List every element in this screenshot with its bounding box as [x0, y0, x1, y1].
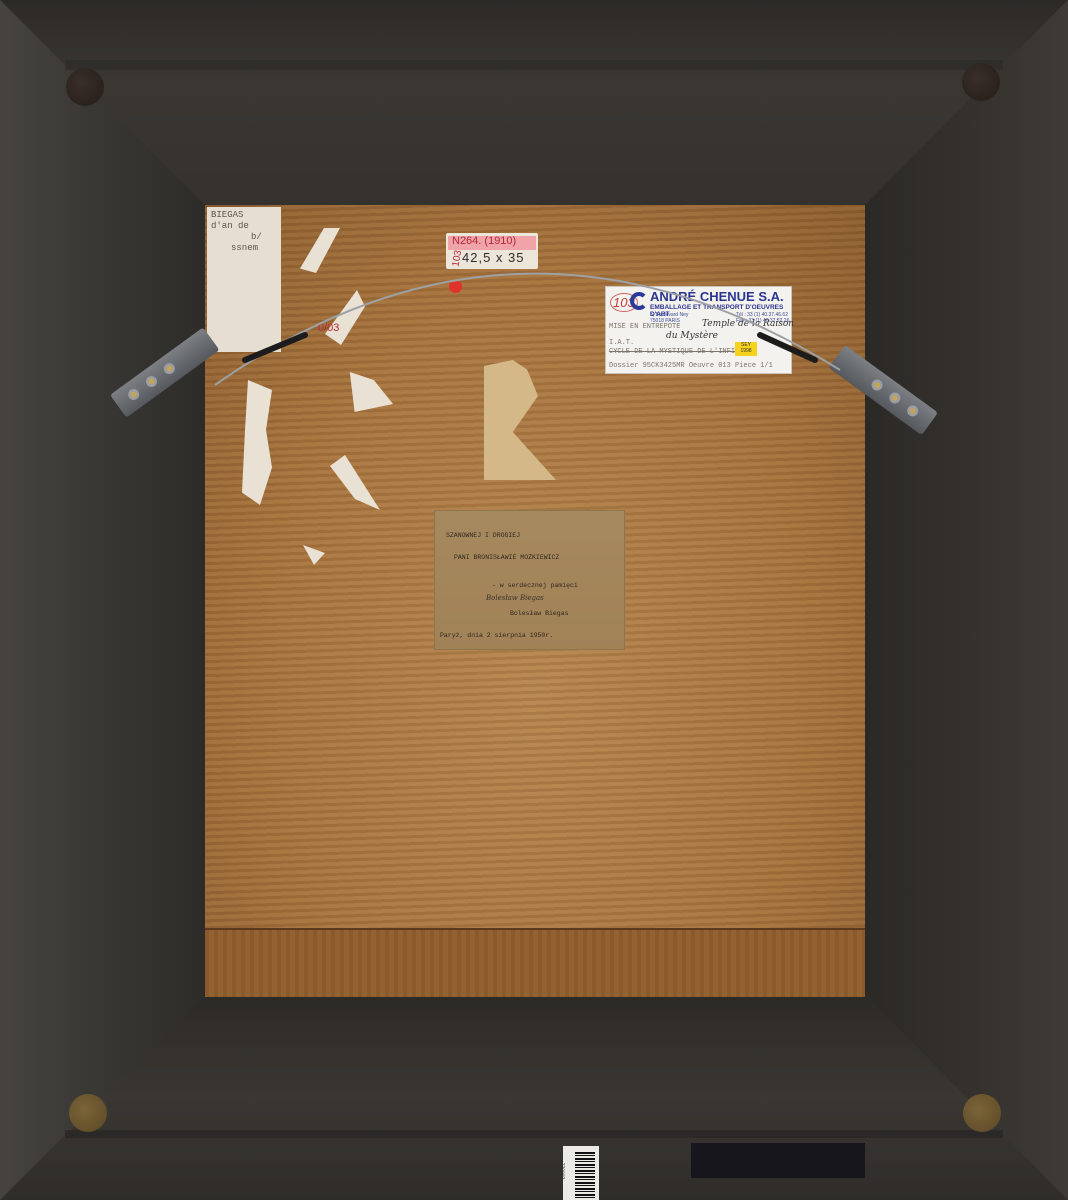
screw-icon: [887, 390, 902, 405]
frame-top-edge: [65, 60, 1003, 70]
screw-icon: [162, 361, 177, 376]
yellow-sticker: SEY 1998: [735, 342, 757, 356]
dedication-line-3: - w serdecznej pamięci: [492, 582, 578, 589]
barcode-number: 200822: [560, 1163, 566, 1180]
velcro-strip: [691, 1143, 865, 1178]
field-storage: MISE EN ENTREPOTE: [609, 323, 680, 331]
field-cycle: CYCLE DE LA MYSTIQUE DE L'INFINI: [609, 348, 743, 356]
frame-bottom-edge: [65, 1130, 1003, 1138]
dedication-line-2: PANI BRONISŁAWIE MOŻKIEWICZ: [454, 554, 559, 561]
barcode-icon: [575, 1152, 595, 1198]
brand-name: ANDRÉ CHENUE S.A.: [650, 289, 784, 304]
label-text: BIEGAS: [211, 210, 277, 221]
field-iat: I.A.T.: [609, 339, 634, 347]
screw-icon: [869, 377, 884, 392]
felt-pad-bottom-left: [69, 1094, 107, 1132]
felt-pad-bottom-right: [963, 1094, 1001, 1132]
handwritten-number: 0/03: [318, 322, 339, 334]
biegas-label: BIEGAS d'an de b/ ssnem: [207, 207, 281, 352]
dimensions-text: 42,5 x 35: [462, 250, 525, 265]
catalog-number: N264. (1910): [452, 235, 516, 247]
red-dot-sticker: [449, 280, 462, 293]
label-text: ssnem: [211, 243, 277, 254]
panel-bottom-strip: [205, 928, 865, 997]
felt-pad-top-right: [962, 63, 1000, 101]
sticker-text: 1998: [735, 348, 757, 354]
screw-icon: [905, 403, 920, 418]
handwritten-subtitle: du Mystère: [666, 331, 718, 341]
typed-name: Bolesław Biegas: [510, 610, 569, 617]
place-date: Paryż, dnia 2 sierpnia 1950r.: [440, 632, 553, 639]
dedication-line-1: SZANOWNEJ I DROGIEJ: [446, 532, 520, 539]
dossier-row: Dossier 95CK3425MR Oeuvre 013 Piece 1/1: [609, 362, 773, 370]
handwritten-title: Temple de la Raison: [702, 319, 794, 329]
label-text: b/: [211, 232, 277, 243]
dedication-card: SZANOWNEJ I DROGIEJ PANI BRONISŁAWIE MOŻ…: [434, 510, 625, 650]
signature: Bolesław Biegas: [486, 594, 544, 602]
dimensions-label: N264. (1910) 42,5 x 35 103: [446, 233, 538, 269]
label-text: d'an de: [211, 221, 277, 232]
barcode-sticker: 200822: [563, 1146, 599, 1200]
felt-pad-top-left: [66, 68, 104, 106]
screw-icon: [126, 387, 141, 402]
frame-right-rail: [865, 0, 1068, 1200]
screw-icon: [144, 374, 159, 389]
picture-frame: BIEGAS d'an de b/ ssnem 0/03 N264. (1910…: [0, 0, 1068, 1200]
chenue-logo-icon: [630, 292, 648, 310]
andre-chenue-shipping-label: 103 ANDRÉ CHENUE S.A. EMBALLAGE ET TRANS…: [605, 286, 792, 374]
frame-left-rail: [0, 0, 205, 1200]
